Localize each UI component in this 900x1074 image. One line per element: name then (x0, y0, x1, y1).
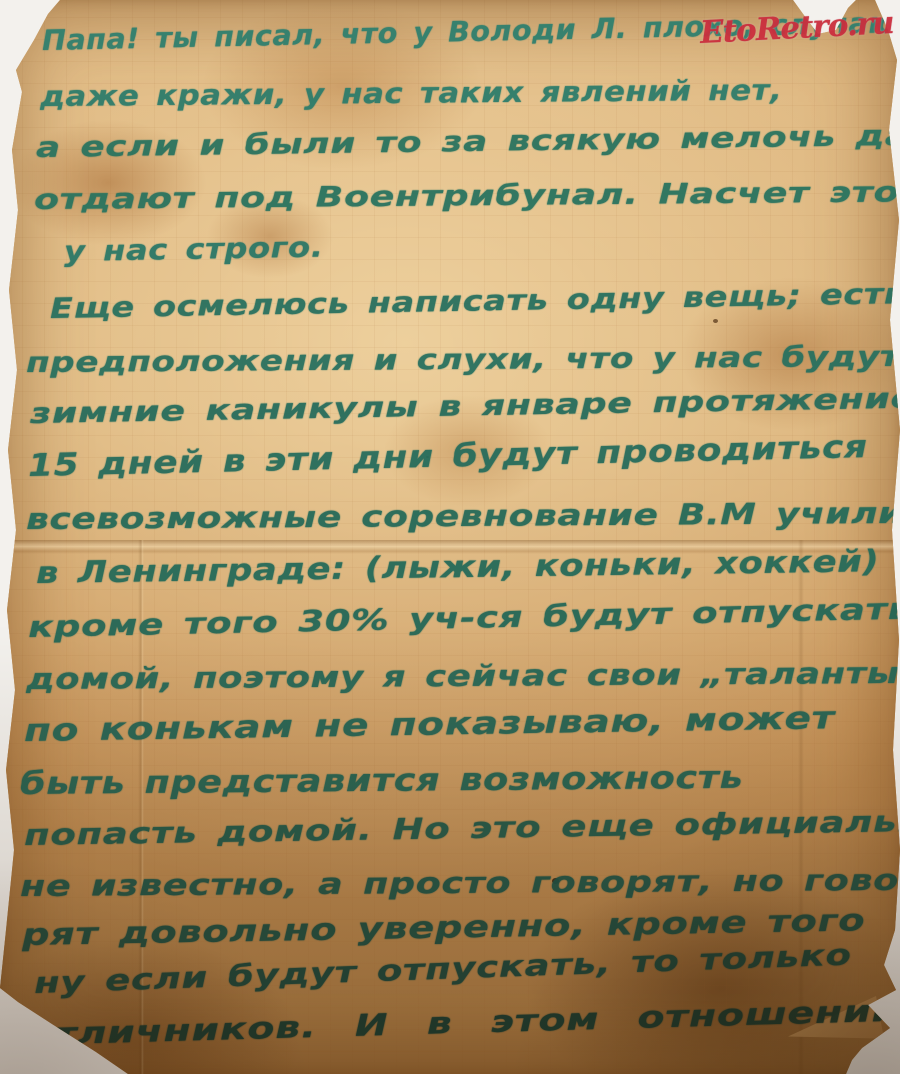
handwritten-line: а если и были то за всякую мелочь да- (36, 119, 900, 164)
handwritten-line: по конькам не показываю, может (24, 700, 835, 749)
handwritten-line: быть представится возможность (20, 760, 744, 802)
handwritten-line: отличников. И в этом отношении (26, 994, 900, 1053)
handwritten-line: отдают под Воентрибунал. Насчет этого (34, 175, 900, 216)
handwritten-line: домой, поэтому я сейчас свои „таланты“ (26, 656, 900, 696)
handwritten-line: попасть домой. Но это еще официально (24, 803, 900, 852)
handwritten-line: 15 дней в эти дни будут проводиться (28, 429, 868, 484)
letter-paper: Папа! ты писал, что у Володи Л. плохо, с… (0, 0, 900, 1074)
handwritten-line: кроме того 30% уч-ся будут отпускать (28, 591, 900, 644)
handwritten-line: в Ленинграде: (лыжи, коньки, хоккей) (36, 544, 880, 591)
handwritten-line: даже кражи, у нас таких явлений нет, (40, 74, 783, 113)
handwritten-text: Папа! ты писал, что у Володи Л. плохо, с… (0, 0, 900, 1074)
handwritten-line: зимние каникулы в январе протяжением (30, 381, 900, 430)
handwritten-line: всевозможные соревнование В.М училищ (26, 496, 900, 536)
handwritten-line: у нас строго. (64, 230, 324, 268)
handwritten-line: Еще осмелюсь написать одну вещь; есть (50, 277, 900, 325)
photo-background: Папа! ты писал, что у Володи Л. плохо, с… (0, 0, 900, 1074)
handwritten-line: не известно, а просто говорят, но гово— (20, 863, 900, 903)
handwritten-line: предположения и слухи, что у нас будут (26, 340, 900, 379)
